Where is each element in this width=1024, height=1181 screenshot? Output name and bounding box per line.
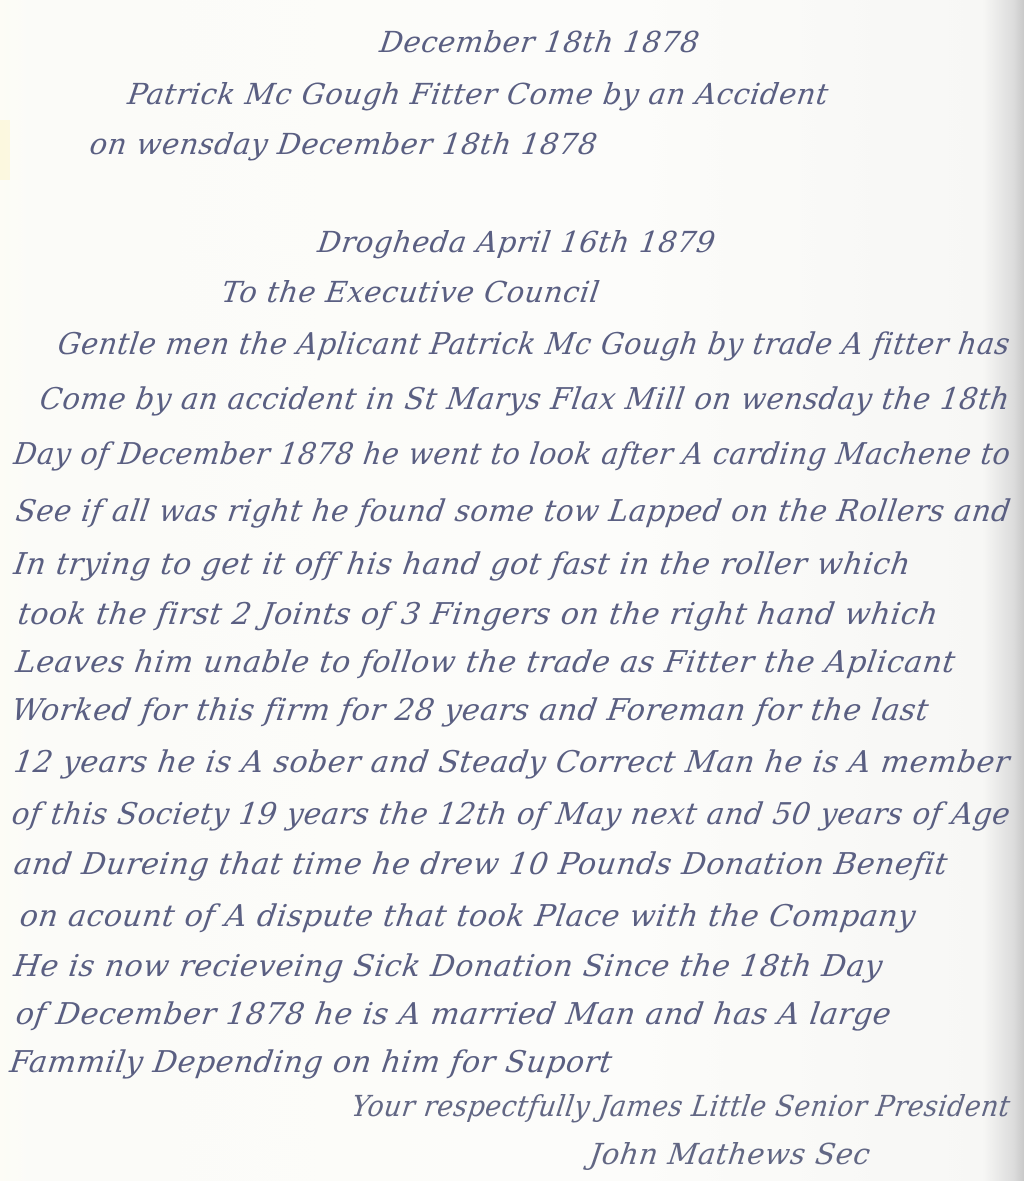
header-line-2: on wensday December 18th 1878 [88,130,599,159]
place-date: Drogheda April 16th 1879 [316,228,718,257]
body-line-2: Come by an accident in St Marys Flax Mil… [38,385,1012,415]
body-line-11: and Dureing that time he drew 10 Pounds … [12,850,950,880]
letter-page: December 18th 1878 Patrick Mc Gough Fitt… [0,0,1024,1181]
body-line-12: on acount of A dispute that took Place w… [18,902,918,932]
body-line-9: 12 years he is A sober and Steady Correc… [12,748,1012,778]
addressee: To the Executive Council [220,278,602,307]
body-line-15: Fammily Depending on him for Suport [8,1048,614,1078]
body-line-4: See if all was right he found some tow L… [14,497,1013,527]
body-line-10: of this Society 19 years the 12th of May… [10,800,1012,830]
body-line-6: took the first 2 Joints of 3 Fingers on … [16,600,940,630]
body-line-3: Day of December 1878 he went to look aft… [12,440,1013,470]
header-line-1: Patrick Mc Gough Fitter Come by an Accid… [126,80,830,109]
body-line-13: He is now recieveing Sick Donation Since… [12,952,885,982]
body-line-1: Gentle men the Aplicant Patrick Mc Gough… [56,330,1012,360]
body-line-7: Leaves him unable to follow the trade as… [14,648,957,678]
body-line-8: Worked for this firm for 28 years and Fo… [10,696,931,726]
body-line-14: of December 1878 he is A married Man and… [14,1000,893,1030]
header-date: December 18th 1878 [378,28,701,57]
body-line-5: In trying to get it off his hand got fas… [12,550,913,580]
closing-line: Your respectfully James Little Senior Pr… [350,1092,1012,1121]
secretary-signature: John Mathews Sec [588,1140,872,1169]
